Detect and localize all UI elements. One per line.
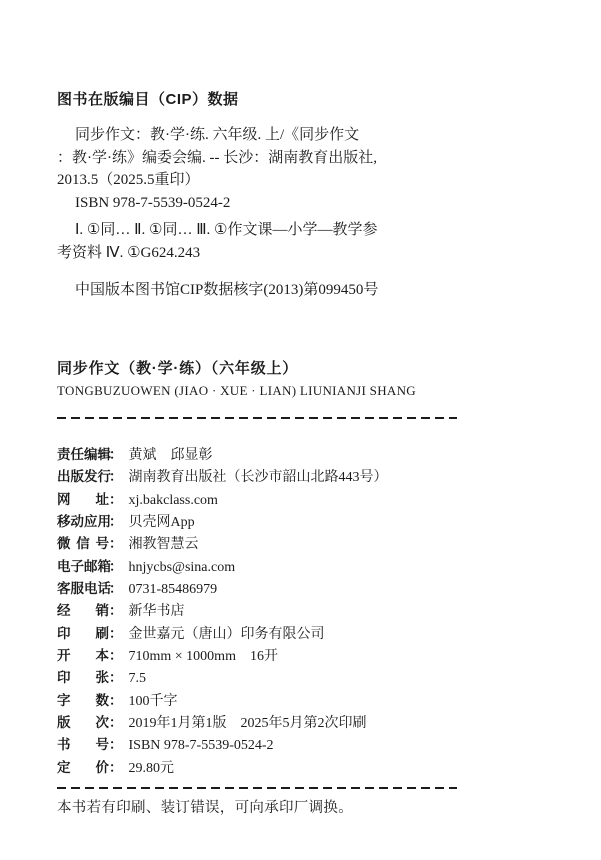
publication-info-list: 责任编辑：黄斌 邱显彰 出版发行：湖南教育出版社（长沙市韶山北路443号） 网址… xyxy=(57,444,547,779)
info-value: 710mm × 1000mm 16开 xyxy=(129,649,278,664)
info-row: 网址：xj.bakclass.com xyxy=(57,489,547,511)
info-row: 开本：710mm × 1000mm 16开 xyxy=(57,645,547,667)
book-title-pinyin: TONGBUZUOWEN (JIAO · XUE · LIAN) LIUNIAN… xyxy=(57,383,547,399)
footer-note: 本书若有印刷、装订错误，可向承印厂调换。 xyxy=(57,796,547,817)
info-row: 印张：7.5 xyxy=(57,667,547,689)
info-colon: ： xyxy=(109,469,123,484)
info-row: 客服电话：0731-85486979 xyxy=(57,578,547,600)
info-value: xj.bakclass.com xyxy=(129,493,218,508)
info-value: 贝壳网App xyxy=(129,515,195,530)
info-value: 金世嘉元（唐山）印务有限公司 xyxy=(129,627,325,642)
info-label: 书号 xyxy=(57,734,109,756)
cip-paragraph: 同步作文：教·学·练. 六年级. 上/《同步作文 ：教·学·练》编委会编. --… xyxy=(57,124,547,192)
cip-record-number: 中国版本图书馆CIP数据核字(2013)第099450号 xyxy=(57,278,547,299)
info-row: 版次：2019年1月第1版 2025年5月第2次印刷 xyxy=(57,712,547,734)
info-colon: ： xyxy=(109,715,123,730)
cip-classification-line: 考资料 Ⅳ. ①G624.243 xyxy=(57,242,547,265)
info-colon: ： xyxy=(109,670,123,685)
info-label: 版次 xyxy=(57,712,109,734)
info-label: 定价 xyxy=(57,757,109,779)
info-label: 开本 xyxy=(57,645,109,667)
info-colon: ： xyxy=(109,603,123,618)
cip-line: 同步作文：教·学·练. 六年级. 上/《同步作文 xyxy=(57,124,547,147)
info-value: hnjycbs@sina.com xyxy=(129,560,236,575)
book-title: 同步作文（教·学·练）（六年级上） xyxy=(57,357,547,378)
info-colon: ： xyxy=(109,514,123,529)
info-row: 字数：100千字 xyxy=(57,690,547,712)
info-label: 字数 xyxy=(57,690,109,712)
info-row: 定价：29.80元 xyxy=(57,757,547,779)
info-colon: ： xyxy=(109,648,123,663)
info-value: 29.80元 xyxy=(129,761,175,776)
info-colon: ： xyxy=(109,693,123,708)
info-value: 新华书店 xyxy=(129,604,185,619)
info-value: 7.5 xyxy=(129,671,147,686)
info-label: 网址 xyxy=(57,489,109,511)
info-label: 出版发行 xyxy=(57,466,109,488)
info-label: 电子邮箱 xyxy=(57,556,109,578)
info-value: 0731-85486979 xyxy=(129,582,218,597)
info-value: 2019年1月第1版 2025年5月第2次印刷 xyxy=(129,716,367,731)
info-row: 出版发行：湖南教育出版社（长沙市韶山北路443号） xyxy=(57,466,547,488)
info-colon: ： xyxy=(109,626,123,641)
info-colon: ： xyxy=(109,581,123,596)
cip-line: 2013.5（2025.5重印） xyxy=(57,169,547,192)
info-value: 黄斌 邱显彰 xyxy=(129,448,213,463)
info-value: ISBN 978-7-5539-0524-2 xyxy=(129,738,274,753)
info-colon: ： xyxy=(109,737,123,752)
info-label: 移动应用 xyxy=(57,511,109,533)
info-colon: ： xyxy=(109,492,123,507)
info-label: 印刷 xyxy=(57,623,109,645)
info-colon: ： xyxy=(109,760,123,775)
divider-bottom xyxy=(57,787,457,789)
info-row: 经销：新华书店 xyxy=(57,600,547,622)
info-colon: ： xyxy=(109,447,123,462)
info-row: 责任编辑：黄斌 邱显彰 xyxy=(57,444,547,466)
cip-isbn: ISBN 978-7-5539-0524-2 xyxy=(57,195,547,212)
info-row: 书号：ISBN 978-7-5539-0524-2 xyxy=(57,734,547,756)
cip-classification-line: Ⅰ. ①同… Ⅱ. ①同… Ⅲ. ①作文课—小学—教学参 xyxy=(57,219,547,242)
info-label: 客服电话 xyxy=(57,578,109,600)
info-label: 责任编辑 xyxy=(57,444,109,466)
info-colon: ： xyxy=(109,559,123,574)
info-row: 微信号：湘教智慧云 xyxy=(57,533,547,555)
info-colon: ： xyxy=(109,536,123,551)
info-label: 印张 xyxy=(57,667,109,689)
divider-top xyxy=(57,417,457,419)
info-value: 100千字 xyxy=(129,694,178,709)
info-row: 电子邮箱：hnjycbs@sina.com xyxy=(57,556,547,578)
info-label: 微信号 xyxy=(57,533,109,555)
cip-line: ：教·学·练》编委会编. -- 长沙：湖南教育出版社, xyxy=(57,147,547,170)
info-row: 移动应用：贝壳网App xyxy=(57,511,547,533)
cip-header: 图书在版编目（CIP）数据 xyxy=(57,88,547,109)
info-value: 湖南教育出版社（长沙市韶山北路443号） xyxy=(129,470,388,485)
copyright-page: 图书在版编目（CIP）数据 同步作文：教·学·练. 六年级. 上/《同步作文 ：… xyxy=(0,0,601,860)
cip-classification: Ⅰ. ①同… Ⅱ. ①同… Ⅲ. ①作文课—小学—教学参 考资料 Ⅳ. ①G62… xyxy=(57,219,547,265)
info-label: 经销 xyxy=(57,600,109,622)
info-value: 湘教智慧云 xyxy=(129,537,199,552)
info-row: 印刷：金世嘉元（唐山）印务有限公司 xyxy=(57,623,547,645)
